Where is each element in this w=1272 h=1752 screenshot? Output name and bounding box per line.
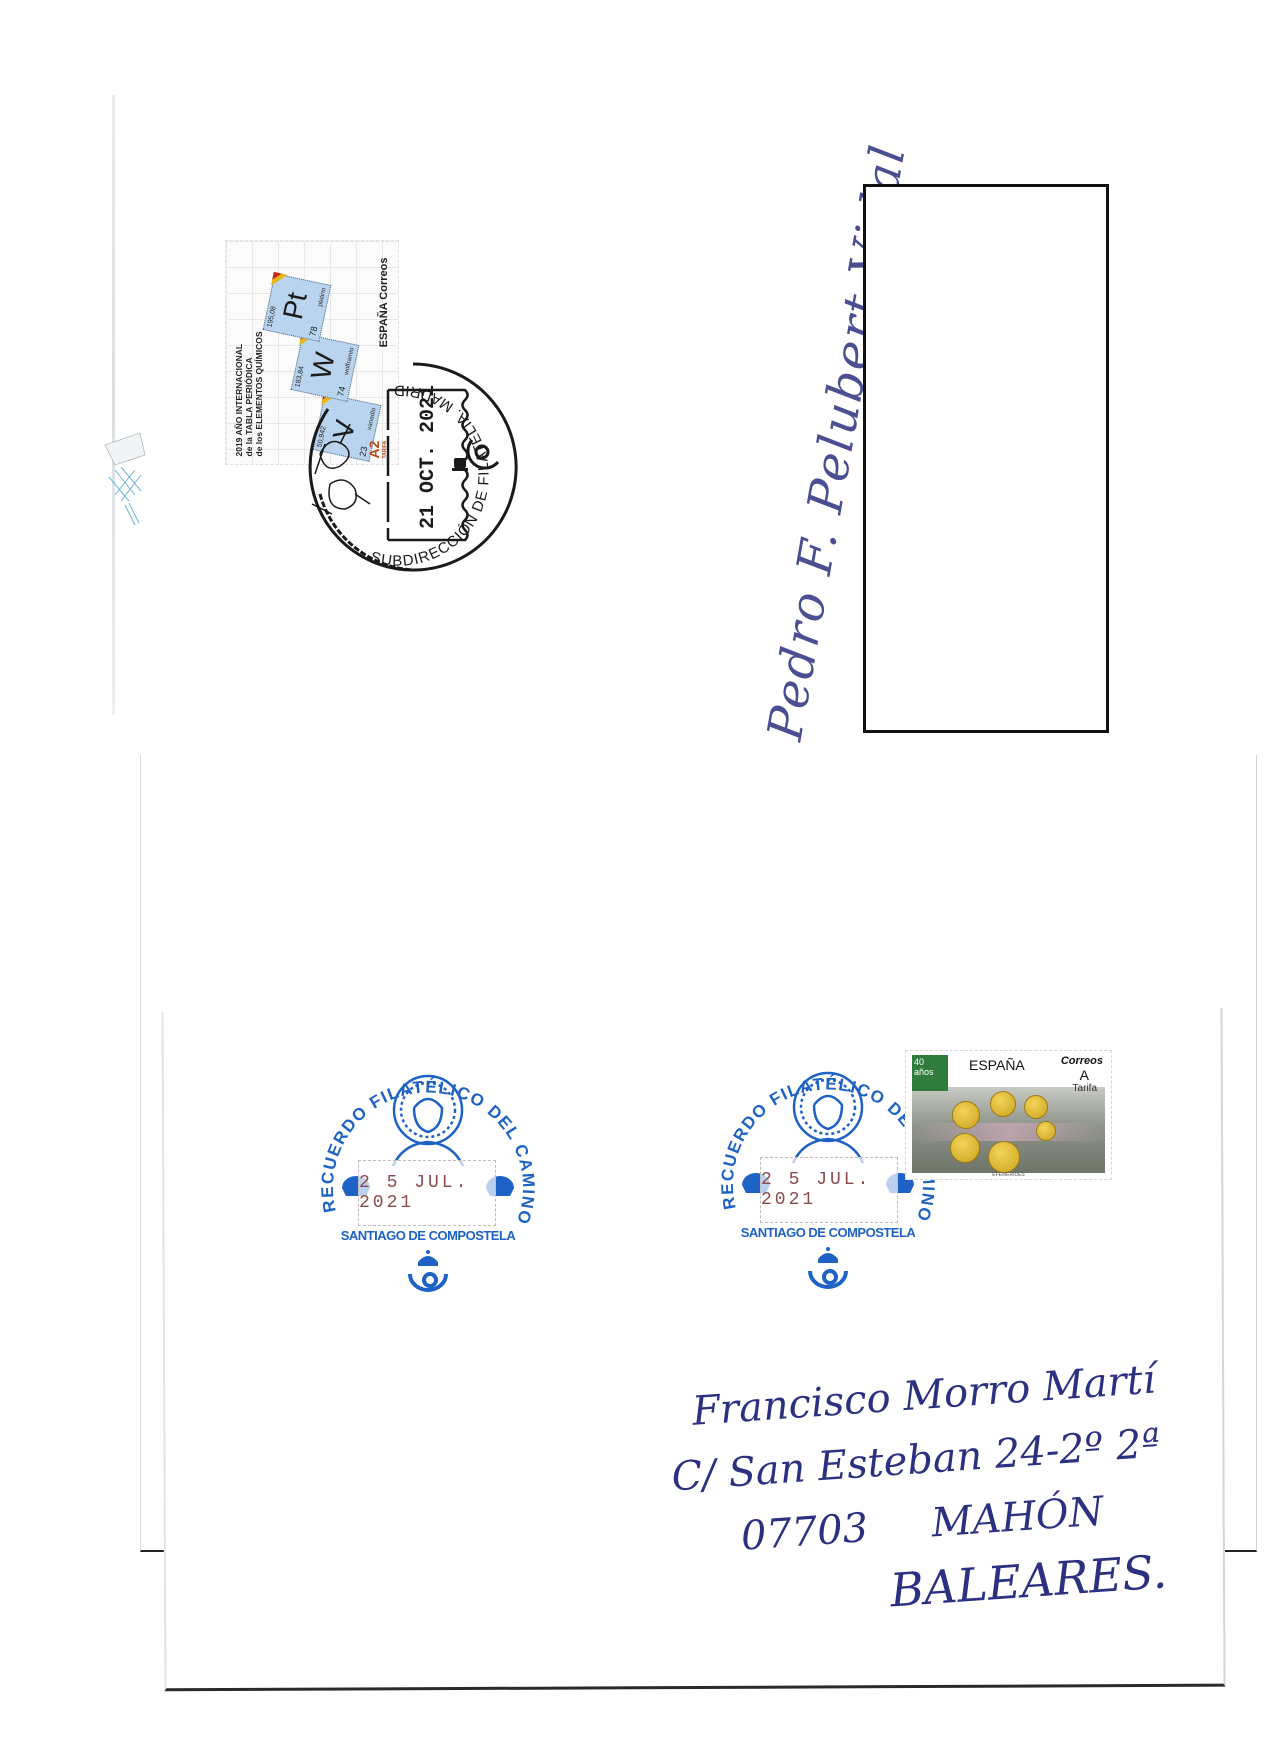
coin-calculator-icon xyxy=(988,1141,1020,1173)
svg-text:SANTIAGO DE COMPOSTELA: SANTIAGO DE COMPOSTELA xyxy=(341,1228,517,1243)
cancellation-santiago-1: RECUERDO FILATÉLICO DEL CAMINO DE SANTIA… xyxy=(298,1048,558,1308)
element-tile-platinum: 195,08 Pt 78 platino xyxy=(263,273,332,342)
cancellation-date-1: 2 5 JUL. 2021 xyxy=(358,1160,496,1226)
coin-icon xyxy=(952,1101,980,1129)
stamp-espana-tarifa-a: 40 años ESPAÑA Correos A Tarifa EFEMÉRID… xyxy=(905,1050,1112,1180)
recipient-address: Francisco Morro Martí C/ San Esteban 24-… xyxy=(690,1342,1247,1635)
element-name: platino xyxy=(317,286,328,306)
flag-red-stripe xyxy=(272,271,281,280)
coin-heart-icon xyxy=(1024,1095,1048,1119)
torn-envelope-edge xyxy=(112,95,115,715)
stamp-title: 2019 AÑO INTERNACIONAL de la TABLA PERIÓ… xyxy=(234,306,264,456)
coin-plus-icon xyxy=(990,1091,1016,1117)
stamp-country-brand: ESPAÑA Correos xyxy=(378,257,390,347)
stamp-brand: Correos xyxy=(1061,1055,1103,1067)
stamp-caption: EFEMÉRIDES xyxy=(906,1172,1111,1178)
svg-text:21 OCT. 2021: 21 OCT. 2021 xyxy=(417,385,440,529)
cancellation-date-2: 2 5 JUL. 2021 xyxy=(760,1157,898,1223)
element-number: 78 xyxy=(307,325,319,337)
cancellation-madrid: SUBDIRECCIÓN DE FILATELIA. MADRID 21 OCT… xyxy=(300,354,526,580)
security-pattern-fragment xyxy=(95,425,155,535)
coin-tools-icon xyxy=(1036,1121,1056,1141)
stamp-rate-label: Tarifa xyxy=(1073,1083,1097,1094)
stamp-anniversary-badge: 40 años xyxy=(912,1055,948,1091)
element-symbol: Pt xyxy=(277,289,314,322)
coin-helmet-icon xyxy=(950,1133,980,1163)
svg-text:SANTIAGO DE COMPOSTELA: SANTIAGO DE COMPOSTELA xyxy=(741,1225,917,1240)
redaction-box xyxy=(863,184,1109,733)
element-mass: 195,08 xyxy=(266,305,277,327)
stamp-rate: A xyxy=(1080,1067,1089,1083)
stamp-country: ESPAÑA xyxy=(969,1057,1025,1073)
